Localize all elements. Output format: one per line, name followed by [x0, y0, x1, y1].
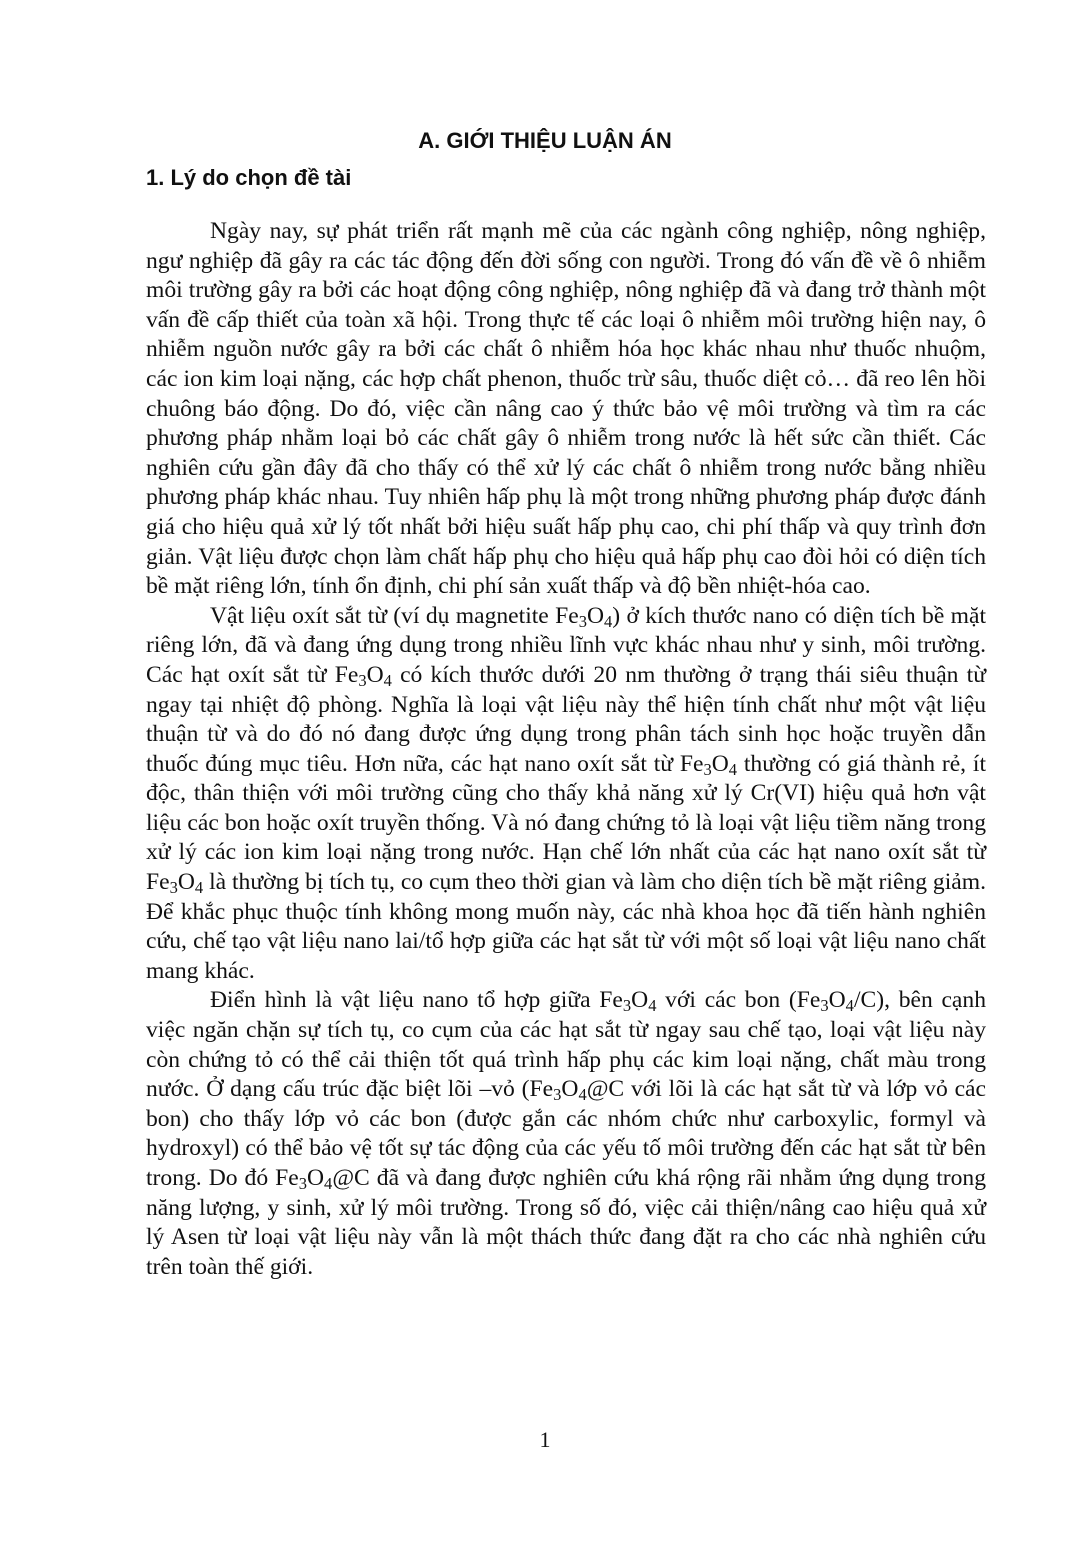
paragraph: Ngày nay, sự phát triển rất mạnh mẽ của … — [146, 217, 986, 602]
subscript: 3 — [299, 1174, 307, 1193]
subscript: 3 — [579, 612, 587, 631]
paragraph: Vật liệu oxít sắt từ (ví dụ magnetite Fe… — [146, 602, 986, 987]
subscript: 3 — [170, 878, 178, 897]
subscript: 4 — [729, 760, 737, 779]
subscript: 3 — [623, 997, 631, 1016]
subscript: 4 — [604, 612, 612, 631]
subscript: 4 — [324, 1174, 332, 1193]
subscript: 4 — [846, 997, 854, 1016]
document-page: A. GIỚI THIỆU LUẬN ÁN 1. Lý do chọn đề t… — [0, 0, 1090, 1541]
subscript: 4 — [384, 671, 392, 690]
subscript: 4 — [578, 1085, 586, 1104]
section-heading: 1. Lý do chọn đề tài — [146, 165, 351, 191]
subscript: 4 — [195, 878, 203, 897]
subscript: 3 — [553, 1085, 561, 1104]
subscript: 4 — [648, 997, 656, 1016]
body-text: Ngày nay, sự phát triển rất mạnh mẽ của … — [146, 217, 986, 1282]
subscript: 3 — [358, 671, 366, 690]
subscript: 3 — [703, 760, 711, 779]
page-number: 1 — [0, 1427, 1090, 1453]
page-title: A. GIỚI THIỆU LUẬN ÁN — [0, 128, 1090, 154]
subscript: 3 — [820, 997, 828, 1016]
paragraph: Điển hình là vật liệu nano tổ hợp giữa F… — [146, 986, 986, 1282]
